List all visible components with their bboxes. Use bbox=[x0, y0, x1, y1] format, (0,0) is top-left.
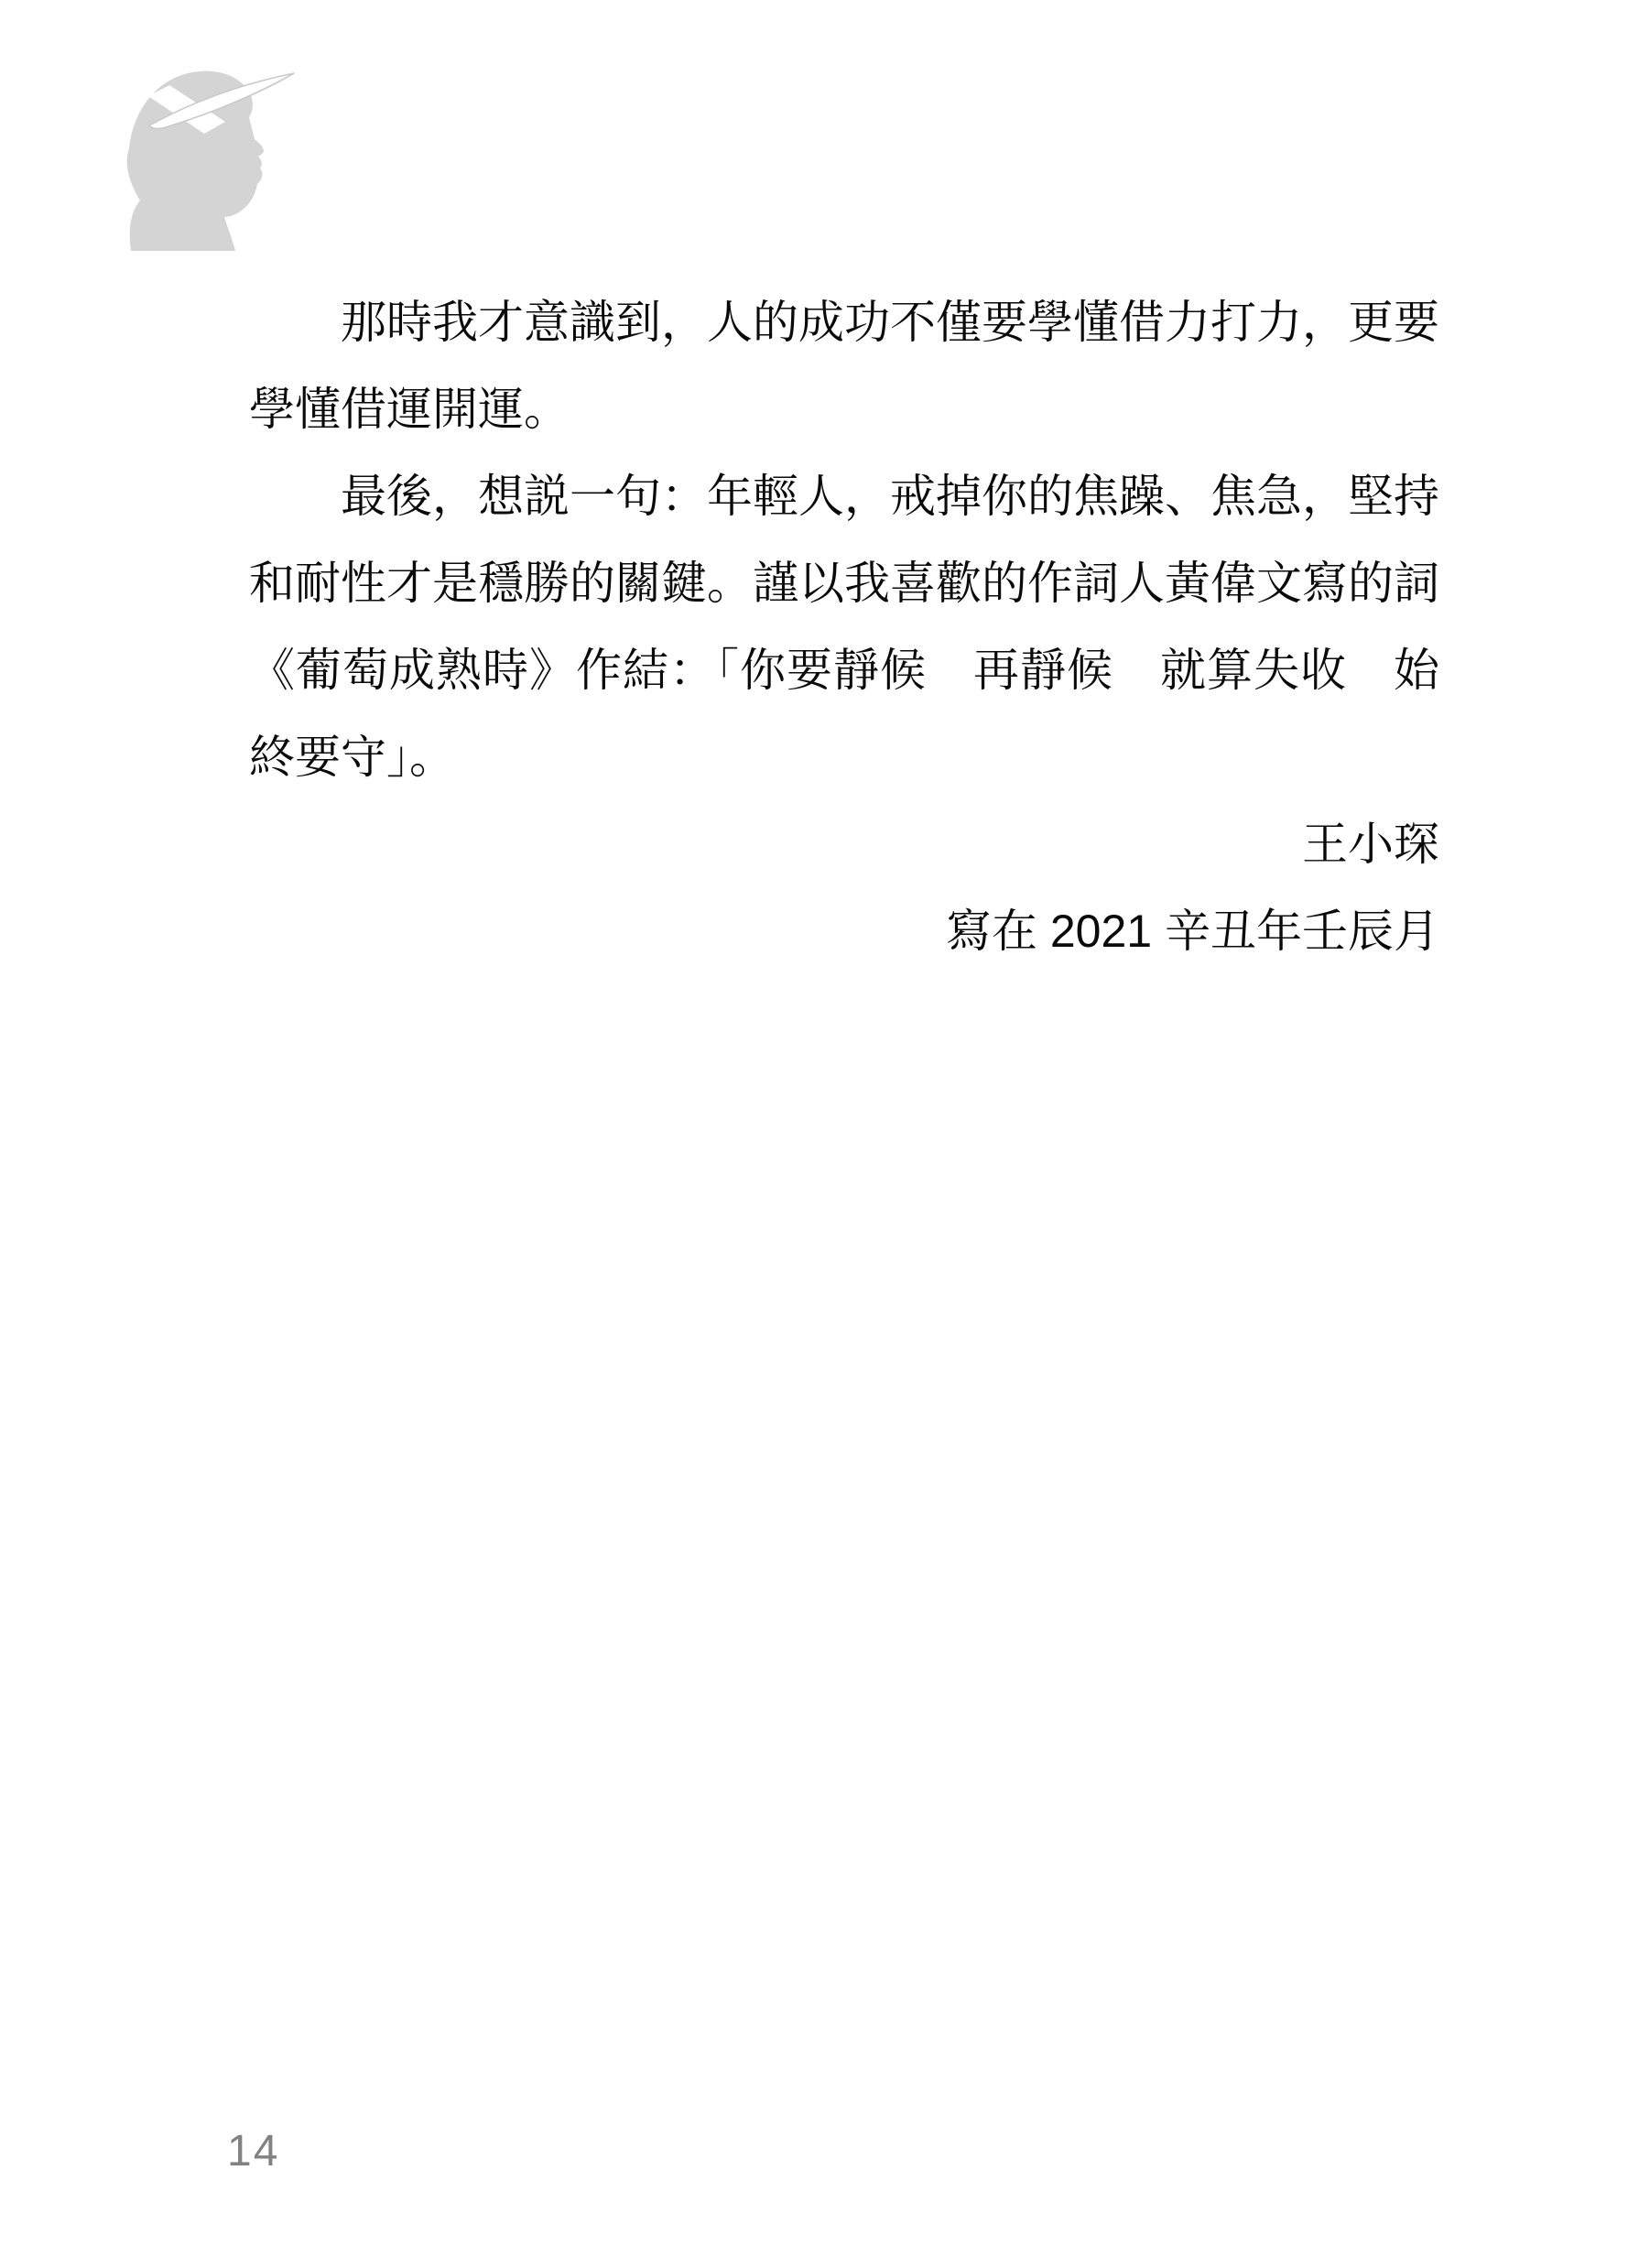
body-line-5: 《葡萄成熟時》作結：「你要靜候 再靜候 就算失收 始 bbox=[249, 627, 1439, 714]
body-text: 那時我才意識到，人的成功不僅要學懂借力打力，更要 學懂借運開運。 最後，想説一句… bbox=[249, 279, 1439, 975]
body-line-3: 最後，想説一句：年輕人，戒掉你的焦躁、焦急，堅持 bbox=[249, 453, 1439, 540]
body-line-2: 學懂借運開運。 bbox=[249, 366, 1439, 453]
page-number: 14 bbox=[227, 2130, 279, 2174]
signature: 王小琛 bbox=[249, 801, 1439, 888]
head-profile-with-quill-icon bbox=[124, 68, 298, 256]
body-line-6: 終要守」。 bbox=[249, 714, 1439, 801]
body-line-4: 和耐性才是穩勝的關鍵。謹以我喜歡的作詞人黃偉文寫的詞 bbox=[249, 540, 1439, 627]
head-quill-watermark bbox=[124, 68, 298, 256]
body-line-1: 那時我才意識到，人的成功不僅要學懂借力打力，更要 bbox=[249, 279, 1439, 366]
book-page: { "page": { "number": "14" }, "watermark… bbox=[0, 0, 1639, 2268]
dateline: 寫在 2021 辛丑年壬辰月 bbox=[249, 888, 1439, 975]
